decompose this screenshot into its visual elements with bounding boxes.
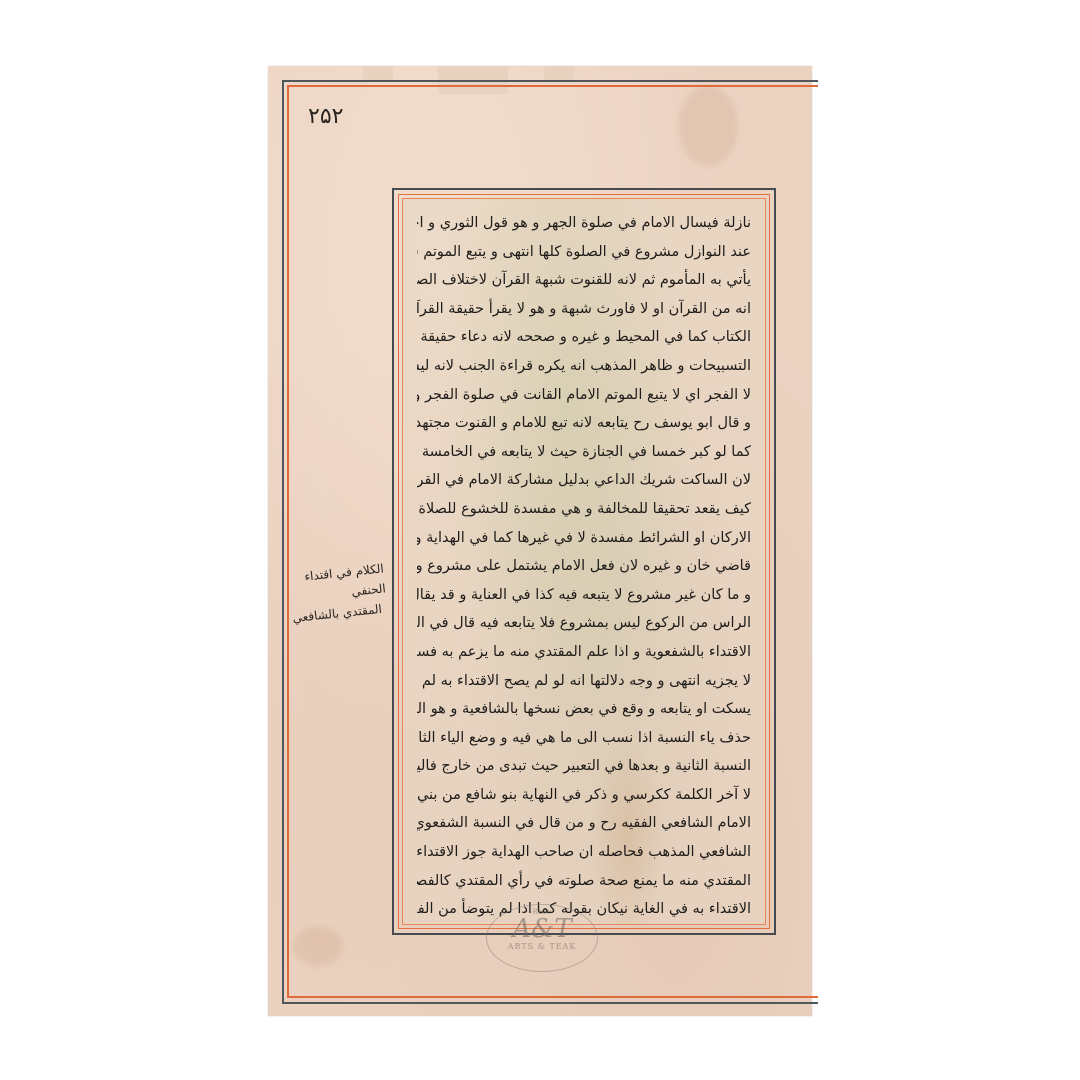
text-line: الشافعي المذهب فحاصله ان صاحب الهداية جو… — [417, 838, 751, 867]
text-line: الاقتداء بالشفعوية و اذا علم المقتدي منه… — [417, 638, 751, 667]
text-line: لا آخر الكلمة ككرسي و ذكر في النهاية بنو… — [417, 781, 751, 810]
text-line: و ما كان غير مشروع لا يتبعه فيه كذا في ا… — [417, 581, 751, 610]
text-line: لا الفجر اي لا يتبع الموتم الامام القانت… — [417, 381, 751, 410]
watermark-monogram: A&T — [487, 916, 597, 942]
text-line: قاضي خان و غيره لان فعل الامام يشتمل على… — [417, 552, 751, 581]
text-line: كيف يقعد تحقيقا للمخالفة و هي مفسدة للخش… — [417, 495, 751, 524]
text-line: المقتدي منه ما يمنع صحة صلوته في رأي الم… — [417, 867, 751, 896]
margin-annotation: الكلام في اقتداء الحنفي المقتدي بالشافعي — [273, 558, 389, 629]
text-line: و قال ابو يوسف رح يتابعه لانه تبع للامام… — [417, 409, 751, 438]
text-line: التسبيحات و ظاهر المذهب انه يكره قراءة ا… — [417, 352, 751, 381]
tape-mark — [363, 66, 393, 80]
text-line: كما لو كبر خمسا في الجنازة حيث لا يتابعه… — [417, 438, 751, 467]
text-line: انه من القرآن او لا فاورث شبهة و هو لا ي… — [417, 295, 751, 324]
text-line: نازلة فيسال الامام في صلوة الجهر و هو قو… — [417, 209, 751, 238]
text-line: الكتاب كما في المحيط و غيره و صححه لانه … — [417, 323, 751, 352]
text-line: يسكت او يتابعه و وقع في بعض نسخها بالشاف… — [417, 695, 751, 724]
text-frame-rule-inner: نازلة فيسال الامام في صلوة الجهر و هو قو… — [402, 198, 766, 925]
text-line: حذف ياء النسبة اذا نسب الى ما هي فيه و و… — [417, 724, 751, 753]
text-line: الامام الشافعي الفقيه رح و من قال في الن… — [417, 809, 751, 838]
image-canvas: ۲۵۲ نازلة فيسال الامام في صلوة الجهر و ه… — [0, 0, 1080, 1080]
text-frame: نازلة فيسال الامام في صلوة الجهر و هو قو… — [392, 188, 776, 935]
tape-mark — [544, 66, 574, 80]
manuscript-page: ۲۵۲ نازلة فيسال الامام في صلوة الجهر و ه… — [268, 66, 812, 1016]
text-line: لان الساكت شريك الداعي بدليل مشاركة الام… — [417, 466, 751, 495]
text-line: لا يجزيه انتهى و وجه دلالتها انه لو لم ي… — [417, 667, 751, 696]
watermark-brand: ARTS & TEAK — [487, 942, 597, 951]
text-block: نازلة فيسال الامام في صلوة الجهر و هو قو… — [417, 209, 751, 924]
text-line: عند النوازل مشروع في الصلوة كلها انتهى و… — [417, 238, 751, 267]
text-line: يأتي به المأموم ثم لانه للقنوت شبهة القر… — [417, 266, 751, 295]
text-line: الاركان او الشرائط مفسدة لا في غيرها كما… — [417, 524, 751, 553]
watermark-logo: Rare A&T ARTS & TEAK — [486, 904, 598, 972]
text-line: الراس من الركوع ليس بمشروع فلا يتابعه في… — [417, 609, 751, 638]
folio-number: ۲۵۲ — [308, 104, 343, 129]
text-line: النسبة الثانية و بعدها في التعبير حيث تب… — [417, 752, 751, 781]
